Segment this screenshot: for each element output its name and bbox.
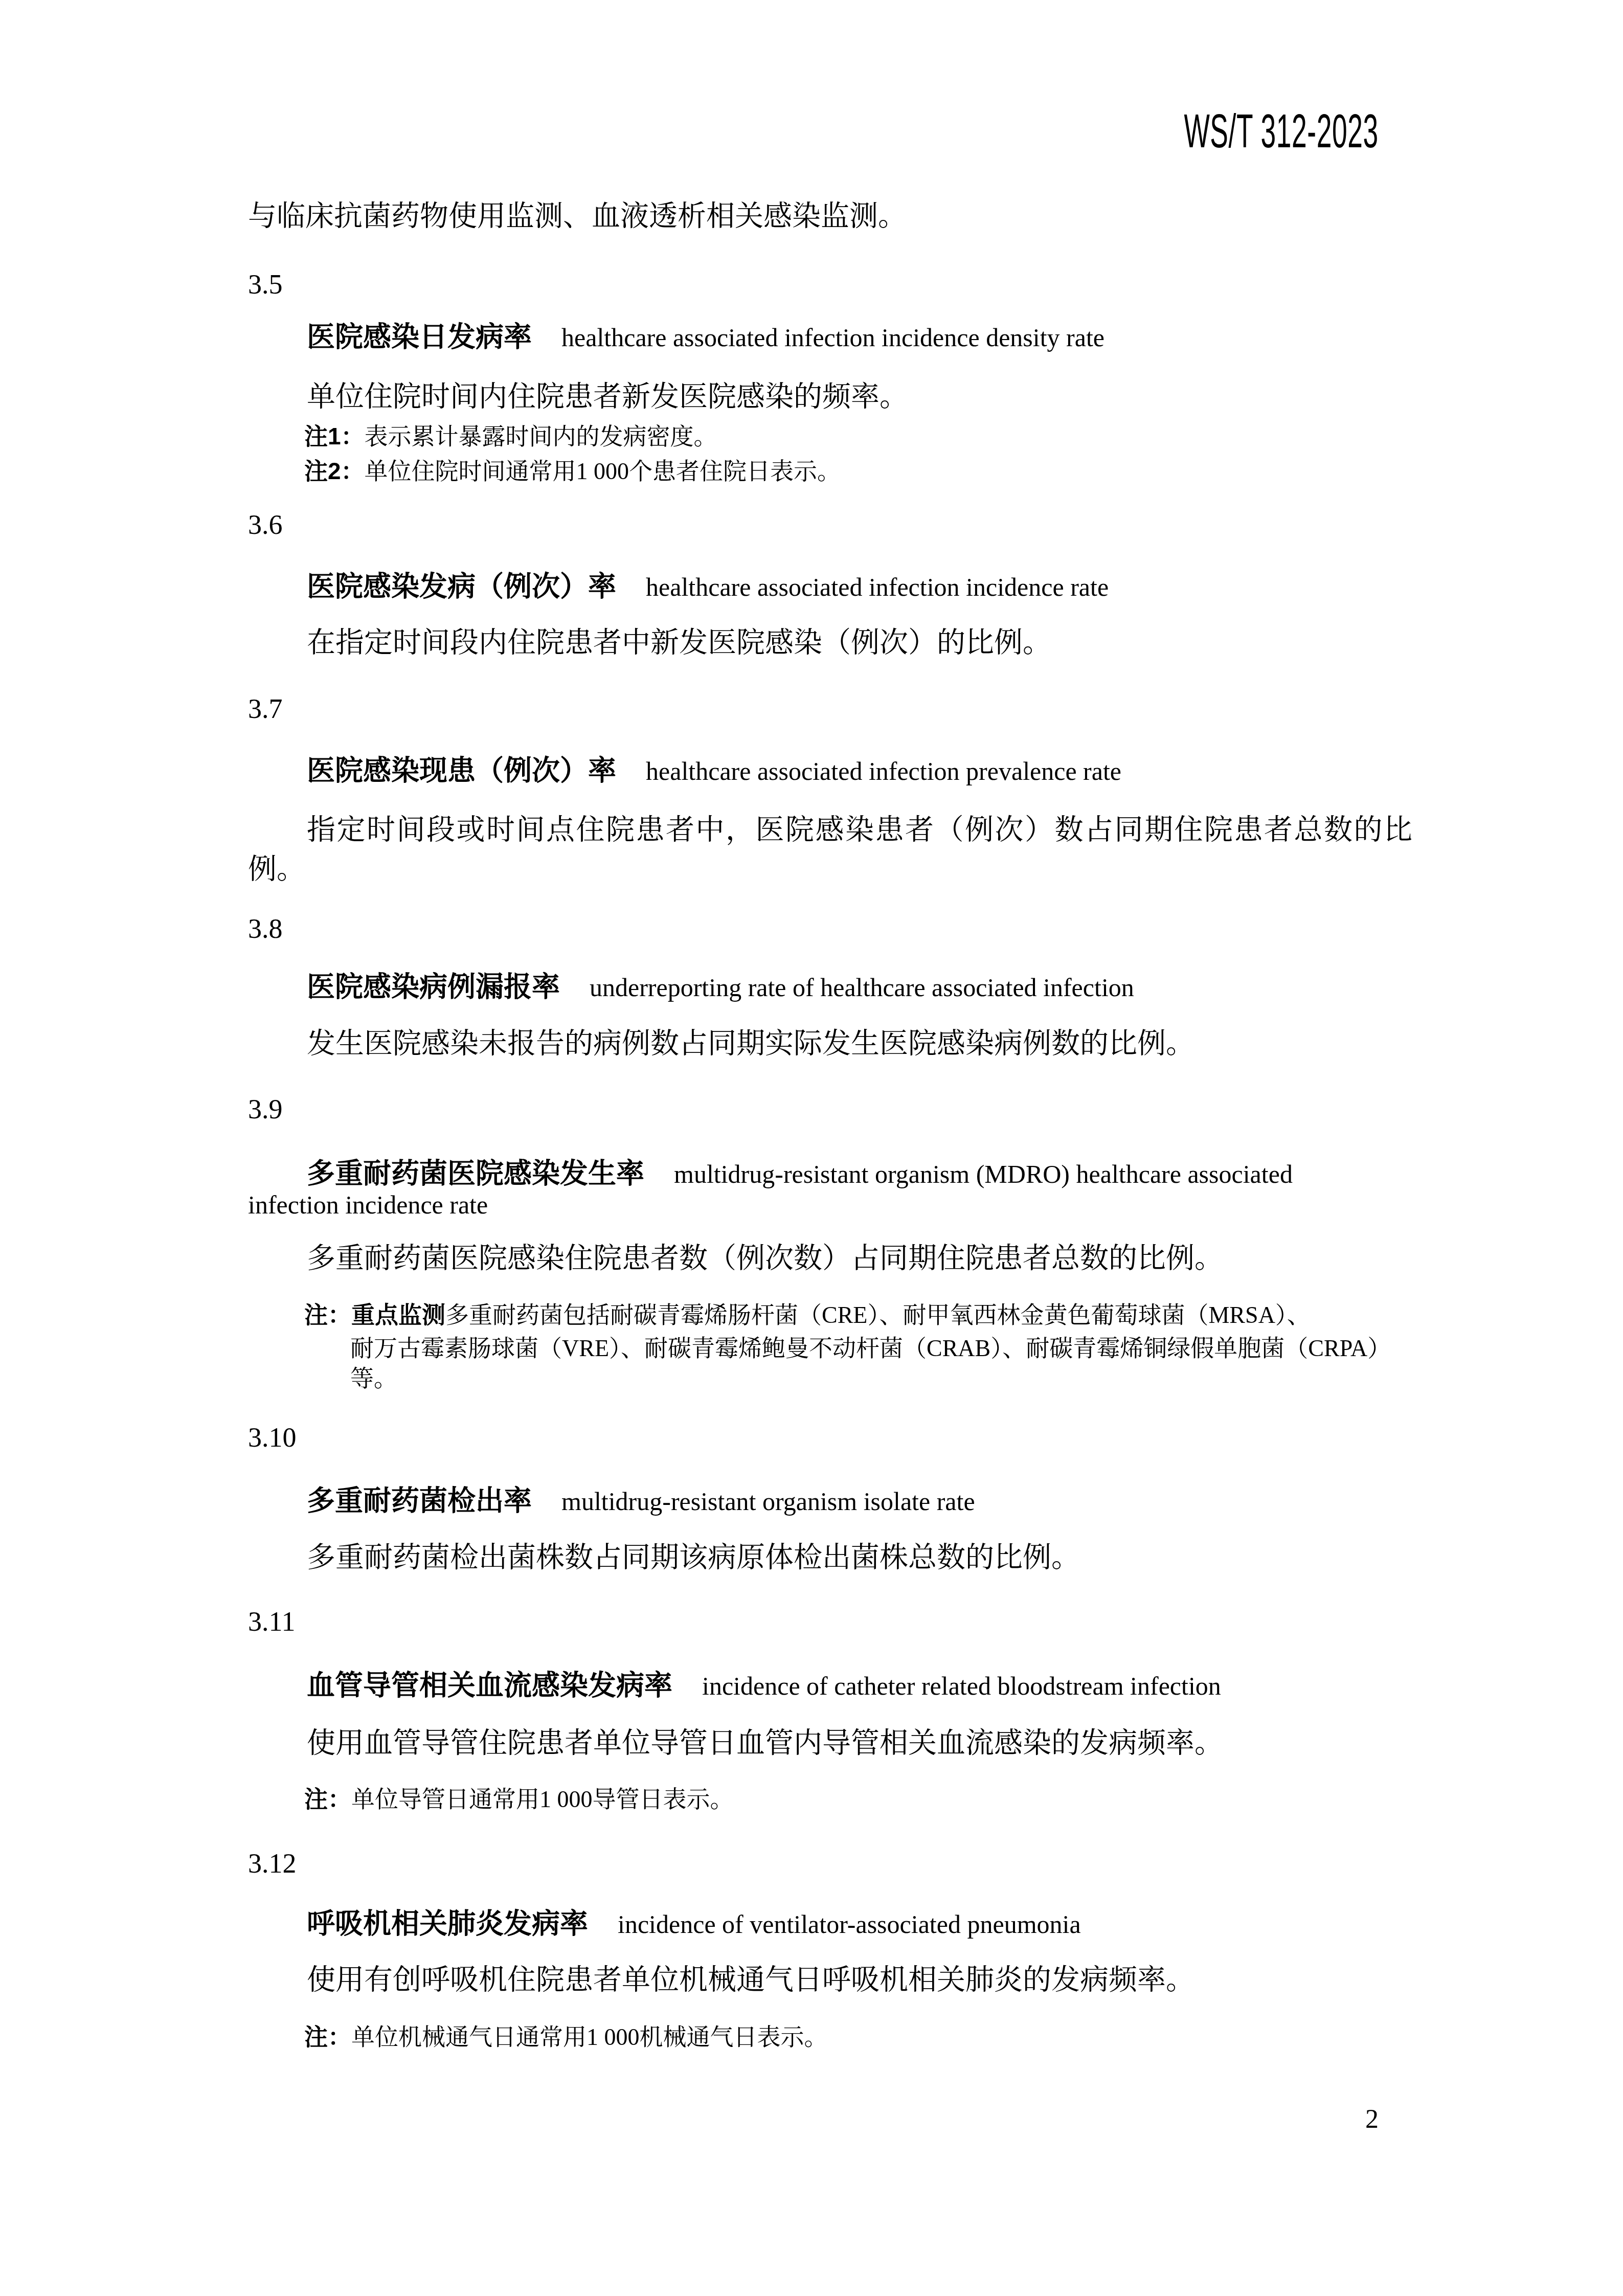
note-label: 注： (304, 1301, 351, 1328)
definition-3-8: 发生医院感染未报告的病例数占同期实际发生医院感染病例数的比例。 (307, 1027, 1194, 1060)
note-text: 表示累计暴露时间内的发病密度。 (365, 423, 717, 449)
term-en: incidence of catheter related bloodstrea… (702, 1672, 1221, 1700)
note-bold-text: 重点监测 (351, 1301, 445, 1328)
term-line-3-10: 多重耐药菌检出率multidrug-resistant organism iso… (307, 1484, 975, 1517)
note-3-9-line-2: 耐万古霉素肠球菌（VRE）、耐碳青霉烯鲍曼不动杆菌（CRAB）、耐碳青霉烯铜绿假… (350, 1335, 1391, 1362)
note-3-9-line-1: 注：重点监测多重耐药菌包括耐碳青霉烯肠杆菌（CRE）、耐甲氧西林金黄色葡萄球菌（… (304, 1301, 1311, 1329)
term-line-3-12: 呼吸机相关肺炎发病率incidence of ventilator-associ… (307, 1907, 1081, 1940)
definition-3-12: 使用有创呼吸机住院患者单位机械通气日呼吸机相关肺炎的发病频率。 (307, 1964, 1194, 1996)
section-number-3-5: 3.5 (248, 268, 283, 300)
term-zh: 医院感染现患（例次）率 (307, 754, 616, 786)
intro-paragraph: 与临床抗菌药物使用监测、血液透析相关感染监测。 (248, 200, 907, 233)
note-text: 多重耐药菌包括耐碳青霉烯肠杆菌（CRE）、耐甲氧西林金黄色葡萄球菌（MRSA）、 (445, 1302, 1311, 1328)
definition-3-5: 单位住院时间内住院患者新发医院感染的频率。 (307, 380, 908, 413)
note-text: 单位导管日通常用1 000导管日表示。 (351, 1786, 734, 1812)
term-en: underreporting rate of healthcare associ… (590, 973, 1134, 1002)
definition-3-9: 多重耐药菌医院感染住院患者数（例次数）占同期住院患者总数的比例。 (307, 1242, 1223, 1275)
document-page: WS/T 312-2023 与临床抗菌药物使用监测、血液透析相关感染监测。 3.… (0, 0, 1623, 2296)
page-number: 2 (1365, 2104, 1379, 2135)
term-en: healthcare associated infection prevalen… (646, 757, 1121, 785)
section-number-3-10: 3.10 (248, 1422, 297, 1453)
term-zh: 医院感染日发病率 (307, 321, 532, 352)
term-en: incidence of ventilator-associated pneum… (618, 1910, 1081, 1939)
term-en: healthcare associated infection incidenc… (561, 323, 1104, 352)
definition-3-6: 在指定时间段内住院患者中新发医院感染（例次）的比例。 (307, 626, 1051, 659)
term-line-3-11: 血管导管相关血流感染发病率incidence of catheter relat… (307, 1669, 1221, 1701)
note-label: 注： (304, 1786, 351, 1812)
term-en: multidrug-resistant organism isolate rat… (561, 1487, 975, 1516)
section-number-3-7: 3.7 (248, 693, 283, 725)
term-en: multidrug-resistant organism (MDRO) heal… (674, 1160, 1293, 1188)
term-zh: 呼吸机相关肺炎发病率 (307, 1907, 588, 1939)
term-line-3-6: 医院感染发病（例次）率healthcare associated infecti… (307, 570, 1109, 602)
term-line-3-9-1: 多重耐药菌医院感染发生率multidrug-resistant organism… (307, 1157, 1293, 1189)
note-label: 注2： (304, 458, 365, 484)
note-3-11: 注：单位导管日通常用1 000导管日表示。 (304, 1786, 734, 1813)
section-number-3-6: 3.6 (248, 509, 283, 541)
term-line-3-8: 医院感染病例漏报率underreporting rate of healthca… (307, 971, 1134, 1003)
note-text: 单位机械通气日通常用1 000机械通气日表示。 (351, 2024, 828, 2050)
term-line-3-5: 医院感染日发病率healthcare associated infection … (307, 321, 1104, 353)
term-zh: 医院感染发病（例次）率 (307, 570, 616, 602)
term-zh: 多重耐药菌检出率 (307, 1484, 532, 1516)
term-zh: 医院感染病例漏报率 (307, 971, 560, 1002)
definition-3-11: 使用血管导管住院患者单位导管日血管内导管相关血流感染的发病频率。 (307, 1727, 1223, 1760)
term-zh: 多重耐药菌医院感染发生率 (307, 1157, 644, 1189)
note-label: 注1： (304, 423, 365, 449)
definition-3-7-line-1: 指定时间段或时间点住院患者中，医院感染患者（例次）数占同期住院患者总数的比 (307, 814, 1414, 846)
note-text: 单位住院时间通常用1 000个患者住院日表示。 (365, 458, 841, 484)
term-en: healthcare associated infection incidenc… (646, 573, 1109, 601)
note-3-12: 注：单位机械通气日通常用1 000机械通气日表示。 (304, 2023, 828, 2051)
term-zh: 血管导管相关血流感染发病率 (307, 1669, 672, 1701)
definition-3-7-line-2: 例。 (248, 853, 305, 886)
note-3-5-1: 注1：表示累计暴露时间内的发病密度。 (304, 423, 717, 451)
standard-number-header: WS/T 312-2023 (1184, 105, 1379, 159)
definition-3-10: 多重耐药菌检出菌株数占同期该病原体检出菌株总数的比例。 (307, 1541, 1080, 1574)
note-label: 注： (304, 2023, 351, 2050)
section-number-3-12: 3.12 (248, 1848, 297, 1879)
section-number-3-9: 3.9 (248, 1093, 283, 1125)
term-line-3-7: 医院感染现患（例次）率healthcare associated infecti… (307, 754, 1121, 786)
section-number-3-11: 3.11 (248, 1606, 296, 1637)
note-3-9-line-3: 等。 (350, 1365, 397, 1392)
section-number-3-8: 3.8 (248, 913, 283, 944)
note-3-5-2: 注2：单位住院时间通常用1 000个患者住院日表示。 (304, 458, 841, 485)
term-line-3-9-2: infection incidence rate (248, 1190, 488, 1220)
